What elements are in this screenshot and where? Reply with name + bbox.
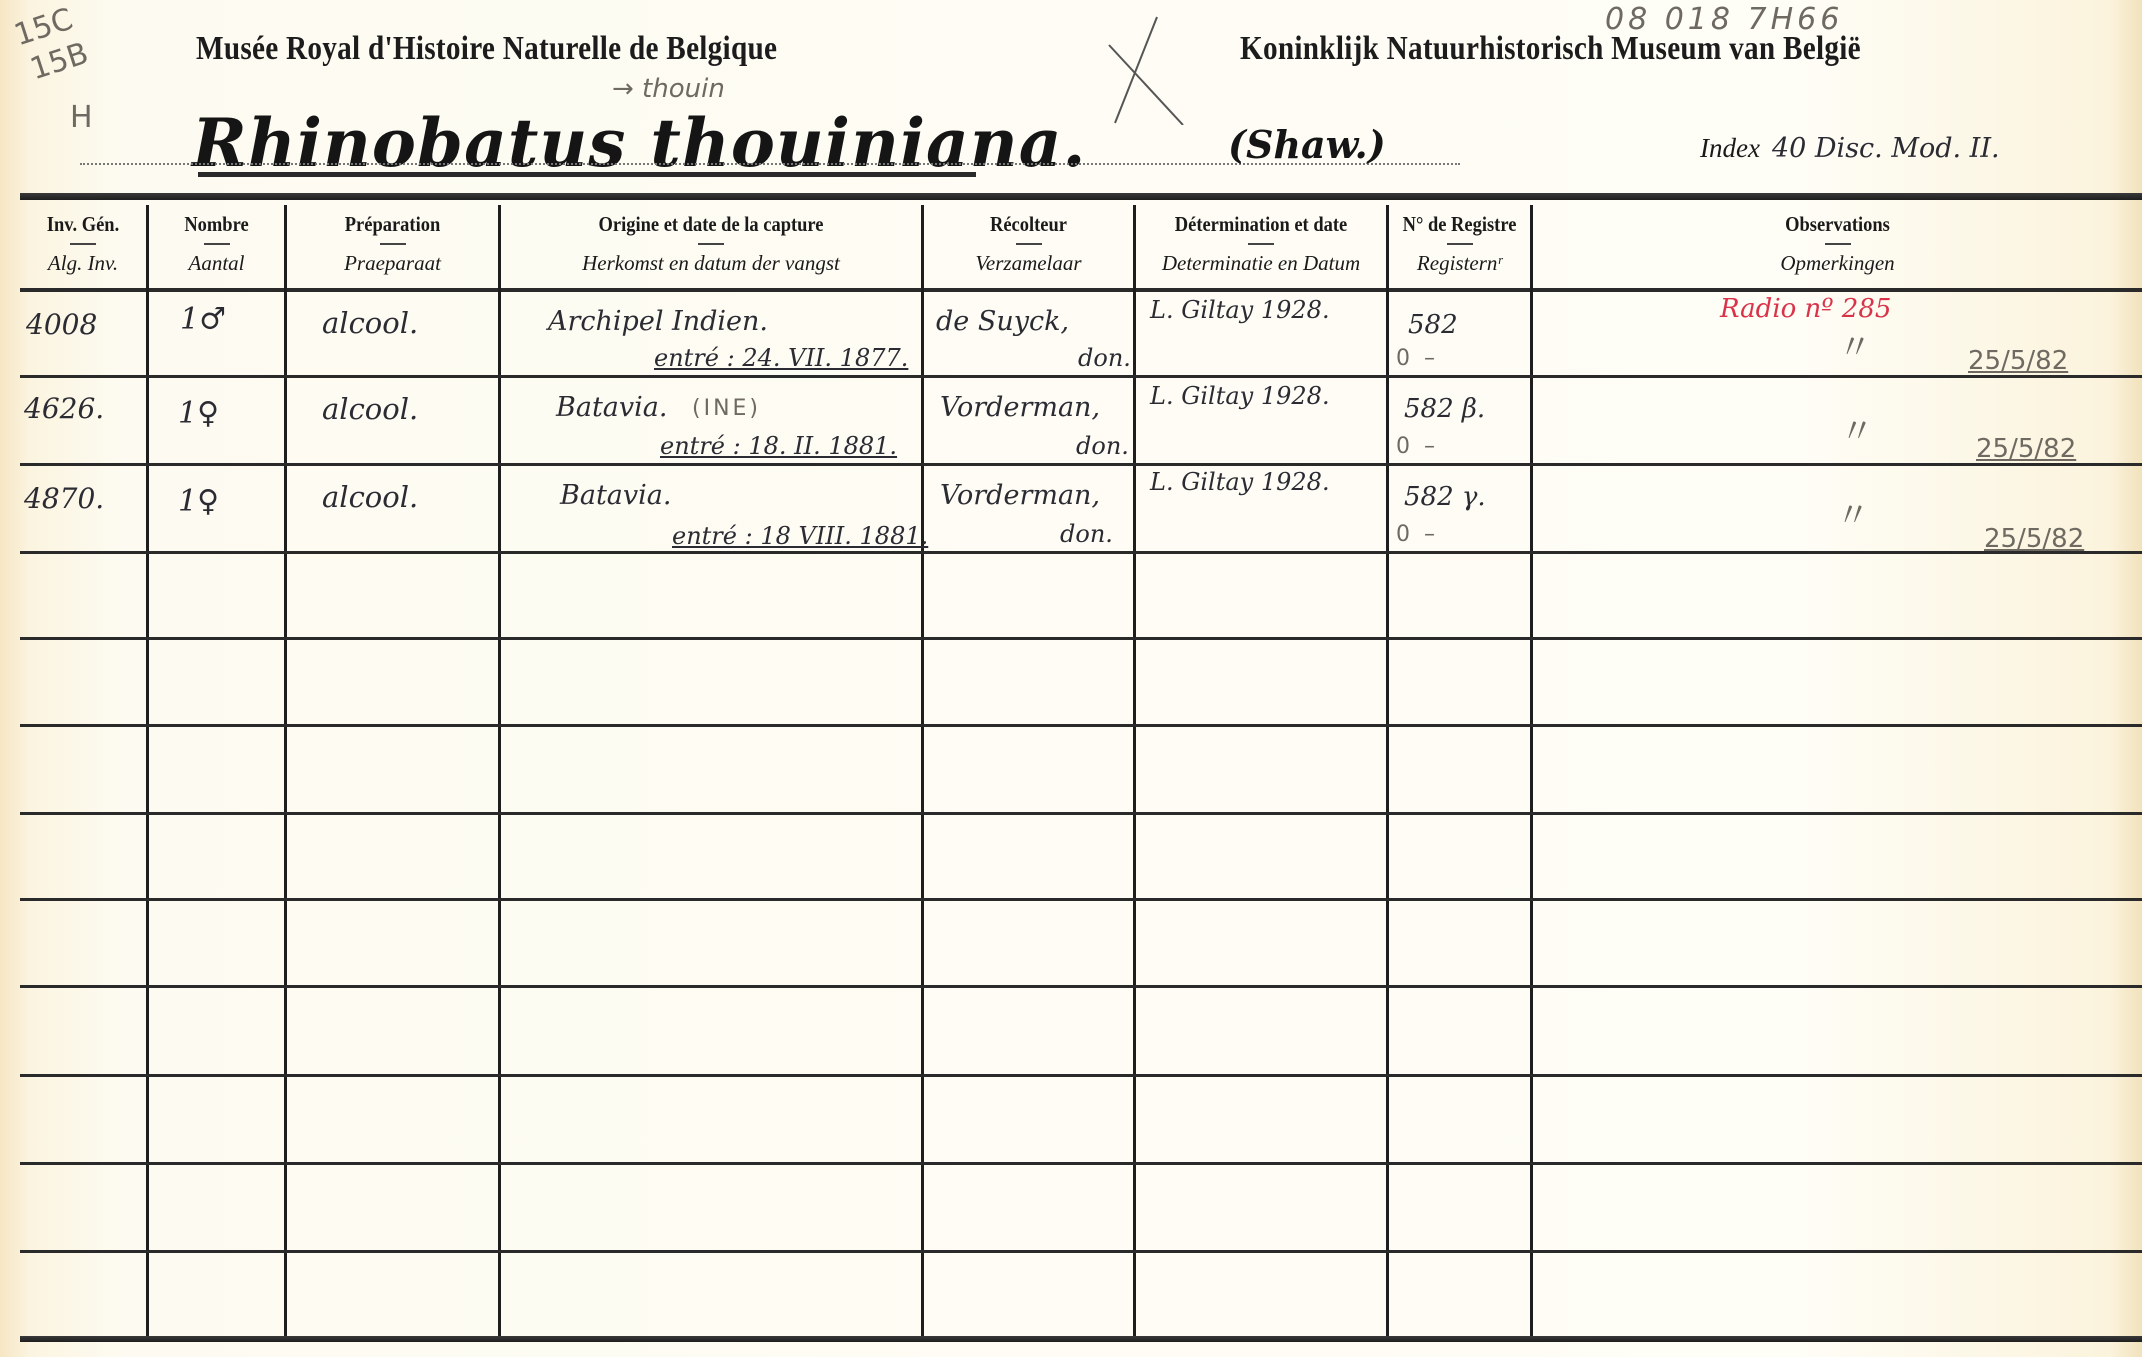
- species-name: Rhinobatus thouiniana.: [192, 104, 1087, 182]
- header-dash: [1248, 243, 1274, 245]
- cell-registre-marks: 0 –: [1396, 434, 1435, 459]
- cell-determination: L. Giltay 1928.: [1150, 382, 1330, 410]
- column-header-nombre: Nombre Aantal: [149, 212, 284, 276]
- row-rule: [20, 637, 2142, 640]
- row-rule: [20, 1074, 2142, 1077]
- row-rule: [20, 463, 2142, 466]
- cell-nombre: 1♂: [180, 302, 226, 337]
- cell-preparation: alcool.: [322, 306, 418, 340]
- cell-recolteur-note: don.: [1078, 344, 1131, 372]
- cell-observation-date: 25/5/82: [1984, 524, 2084, 554]
- column-header-fr: Nombre: [157, 212, 276, 237]
- column-header-nl: Herkomst en datum der vangst: [501, 251, 921, 276]
- row-rule: [20, 985, 2142, 988]
- column-header-fr: Inv. Gén.: [28, 212, 139, 237]
- row-rule: [20, 551, 2142, 554]
- header-dash: [70, 243, 96, 245]
- cell-inv: 4870.: [24, 482, 104, 515]
- column-header-fr: Préparation: [300, 212, 486, 237]
- cell-registre: 582 γ.: [1404, 482, 1486, 512]
- museum-name-fr: Musée Royal d'Histoire Naturelle de Belg…: [196, 30, 777, 68]
- cell-observation-ditto: 〃: [1840, 404, 1874, 453]
- cell-observation-date: 25/5/82: [1976, 434, 2076, 464]
- column-header-nl: Praeparaat: [287, 251, 498, 276]
- row-rule: [20, 1162, 2142, 1165]
- cell-origine: Batavia.: [560, 480, 671, 511]
- column-header-fr: Récolteur: [937, 212, 1121, 237]
- cell-origine: Batavia.: [556, 392, 667, 423]
- row-rule: [20, 898, 2142, 901]
- cell-preparation: alcool.: [322, 480, 418, 514]
- column-header-origine: Origine et date de la capture Herkomst e…: [501, 212, 921, 276]
- cell-nombre: 1♀: [178, 396, 219, 431]
- cell-origine-date: entré : 24. VII. 1877.: [654, 344, 908, 372]
- header-dash: [698, 243, 724, 245]
- cell-recolteur: Vorderman,: [940, 392, 1100, 423]
- column-header-fr: Détermination et date: [1151, 212, 1371, 237]
- column-header-fr: Origine et date de la capture: [526, 212, 896, 237]
- column-header-nl: Verzamelaar: [924, 251, 1133, 276]
- cell-origine-date: entré : 18. II. 1881.: [660, 432, 897, 460]
- index-label: Index: [1700, 133, 1760, 163]
- column-header-fr: Observations: [1570, 212, 2106, 237]
- column-header-inv: Inv. Gén. Alg. Inv.: [20, 212, 146, 276]
- cell-registre-marks: 0 –: [1396, 522, 1435, 547]
- header-dash: [204, 243, 230, 245]
- column-header-registre: N° de Registre Registernʳ: [1389, 212, 1530, 276]
- cell-observation-date: 25/5/82: [1968, 346, 2068, 376]
- index-field: Index 40 Disc. Mod. II.: [1700, 133, 2000, 164]
- column-header-nl: Registernʳ: [1389, 251, 1530, 276]
- table-top-rule: [20, 193, 2142, 200]
- index-value: 40 Disc. Mod. II.: [1772, 133, 2000, 164]
- cell-determination: L. Giltay 1928.: [1150, 468, 1330, 496]
- cell-recolteur: Vorderman,: [940, 480, 1100, 511]
- cell-origine-note: (INE): [692, 396, 761, 421]
- cell-recolteur-note: don.: [1076, 432, 1129, 460]
- cell-recolteur: de Suyck,: [936, 306, 1069, 337]
- row-rule: [20, 812, 2142, 815]
- table-bottom-rule: [20, 1336, 2142, 1342]
- species-author: (Shaw.): [1228, 122, 1386, 167]
- row-rule: [20, 1250, 2142, 1253]
- cell-origine: Archipel Indien.: [548, 306, 768, 337]
- species-annotation: → thouin: [612, 74, 725, 104]
- row-rule: [20, 375, 2142, 378]
- cross-mark: [1105, 15, 1185, 125]
- column-header-nl: Alg. Inv.: [20, 251, 146, 276]
- cell-registre-marks: 0 –: [1396, 346, 1435, 371]
- header-dash: [380, 243, 406, 245]
- cell-preparation: alcool.: [322, 392, 418, 426]
- column-header-observations: Observations Opmerkingen: [1533, 212, 2142, 276]
- cell-observation-ditto: 〃: [1836, 488, 1870, 537]
- cell-origine-date: entré : 18 VIII. 1881.: [672, 522, 928, 550]
- cell-registre: 582: [1408, 310, 1458, 340]
- cell-inv: 4008: [26, 308, 97, 341]
- cell-registre: 582 β.: [1404, 394, 1485, 424]
- cell-recolteur-note: don.: [1060, 520, 1113, 548]
- column-header-nl: Aantal: [149, 251, 284, 276]
- corner-note-3: H: [70, 100, 93, 135]
- header-dash: [1825, 243, 1851, 245]
- header-dash: [1447, 243, 1473, 245]
- header-bottom-rule: [20, 288, 2142, 292]
- column-header-preparation: Préparation Praeparaat: [287, 212, 498, 276]
- column-header-recolteur: Récolteur Verzamelaar: [924, 212, 1133, 276]
- row-rule: [20, 724, 2142, 727]
- cell-observation-ditto: 〃: [1838, 320, 1872, 369]
- column-header-nl: Opmerkingen: [1533, 251, 2142, 276]
- museum-name-nl: Koninklijk Natuurhistorisch Museum van B…: [1240, 30, 1861, 68]
- column-header-fr: N° de Registre: [1397, 212, 1521, 237]
- header-dash: [1016, 243, 1042, 245]
- species-underline: [198, 172, 976, 177]
- cell-inv: 4626.: [24, 392, 104, 425]
- column-header-nl: Determinatie en Datum: [1136, 251, 1386, 276]
- column-header-determination: Détermination et date Determinatie en Da…: [1136, 212, 1386, 276]
- cell-determination: L. Giltay 1928.: [1150, 296, 1330, 324]
- cell-nombre: 1♀: [178, 484, 219, 519]
